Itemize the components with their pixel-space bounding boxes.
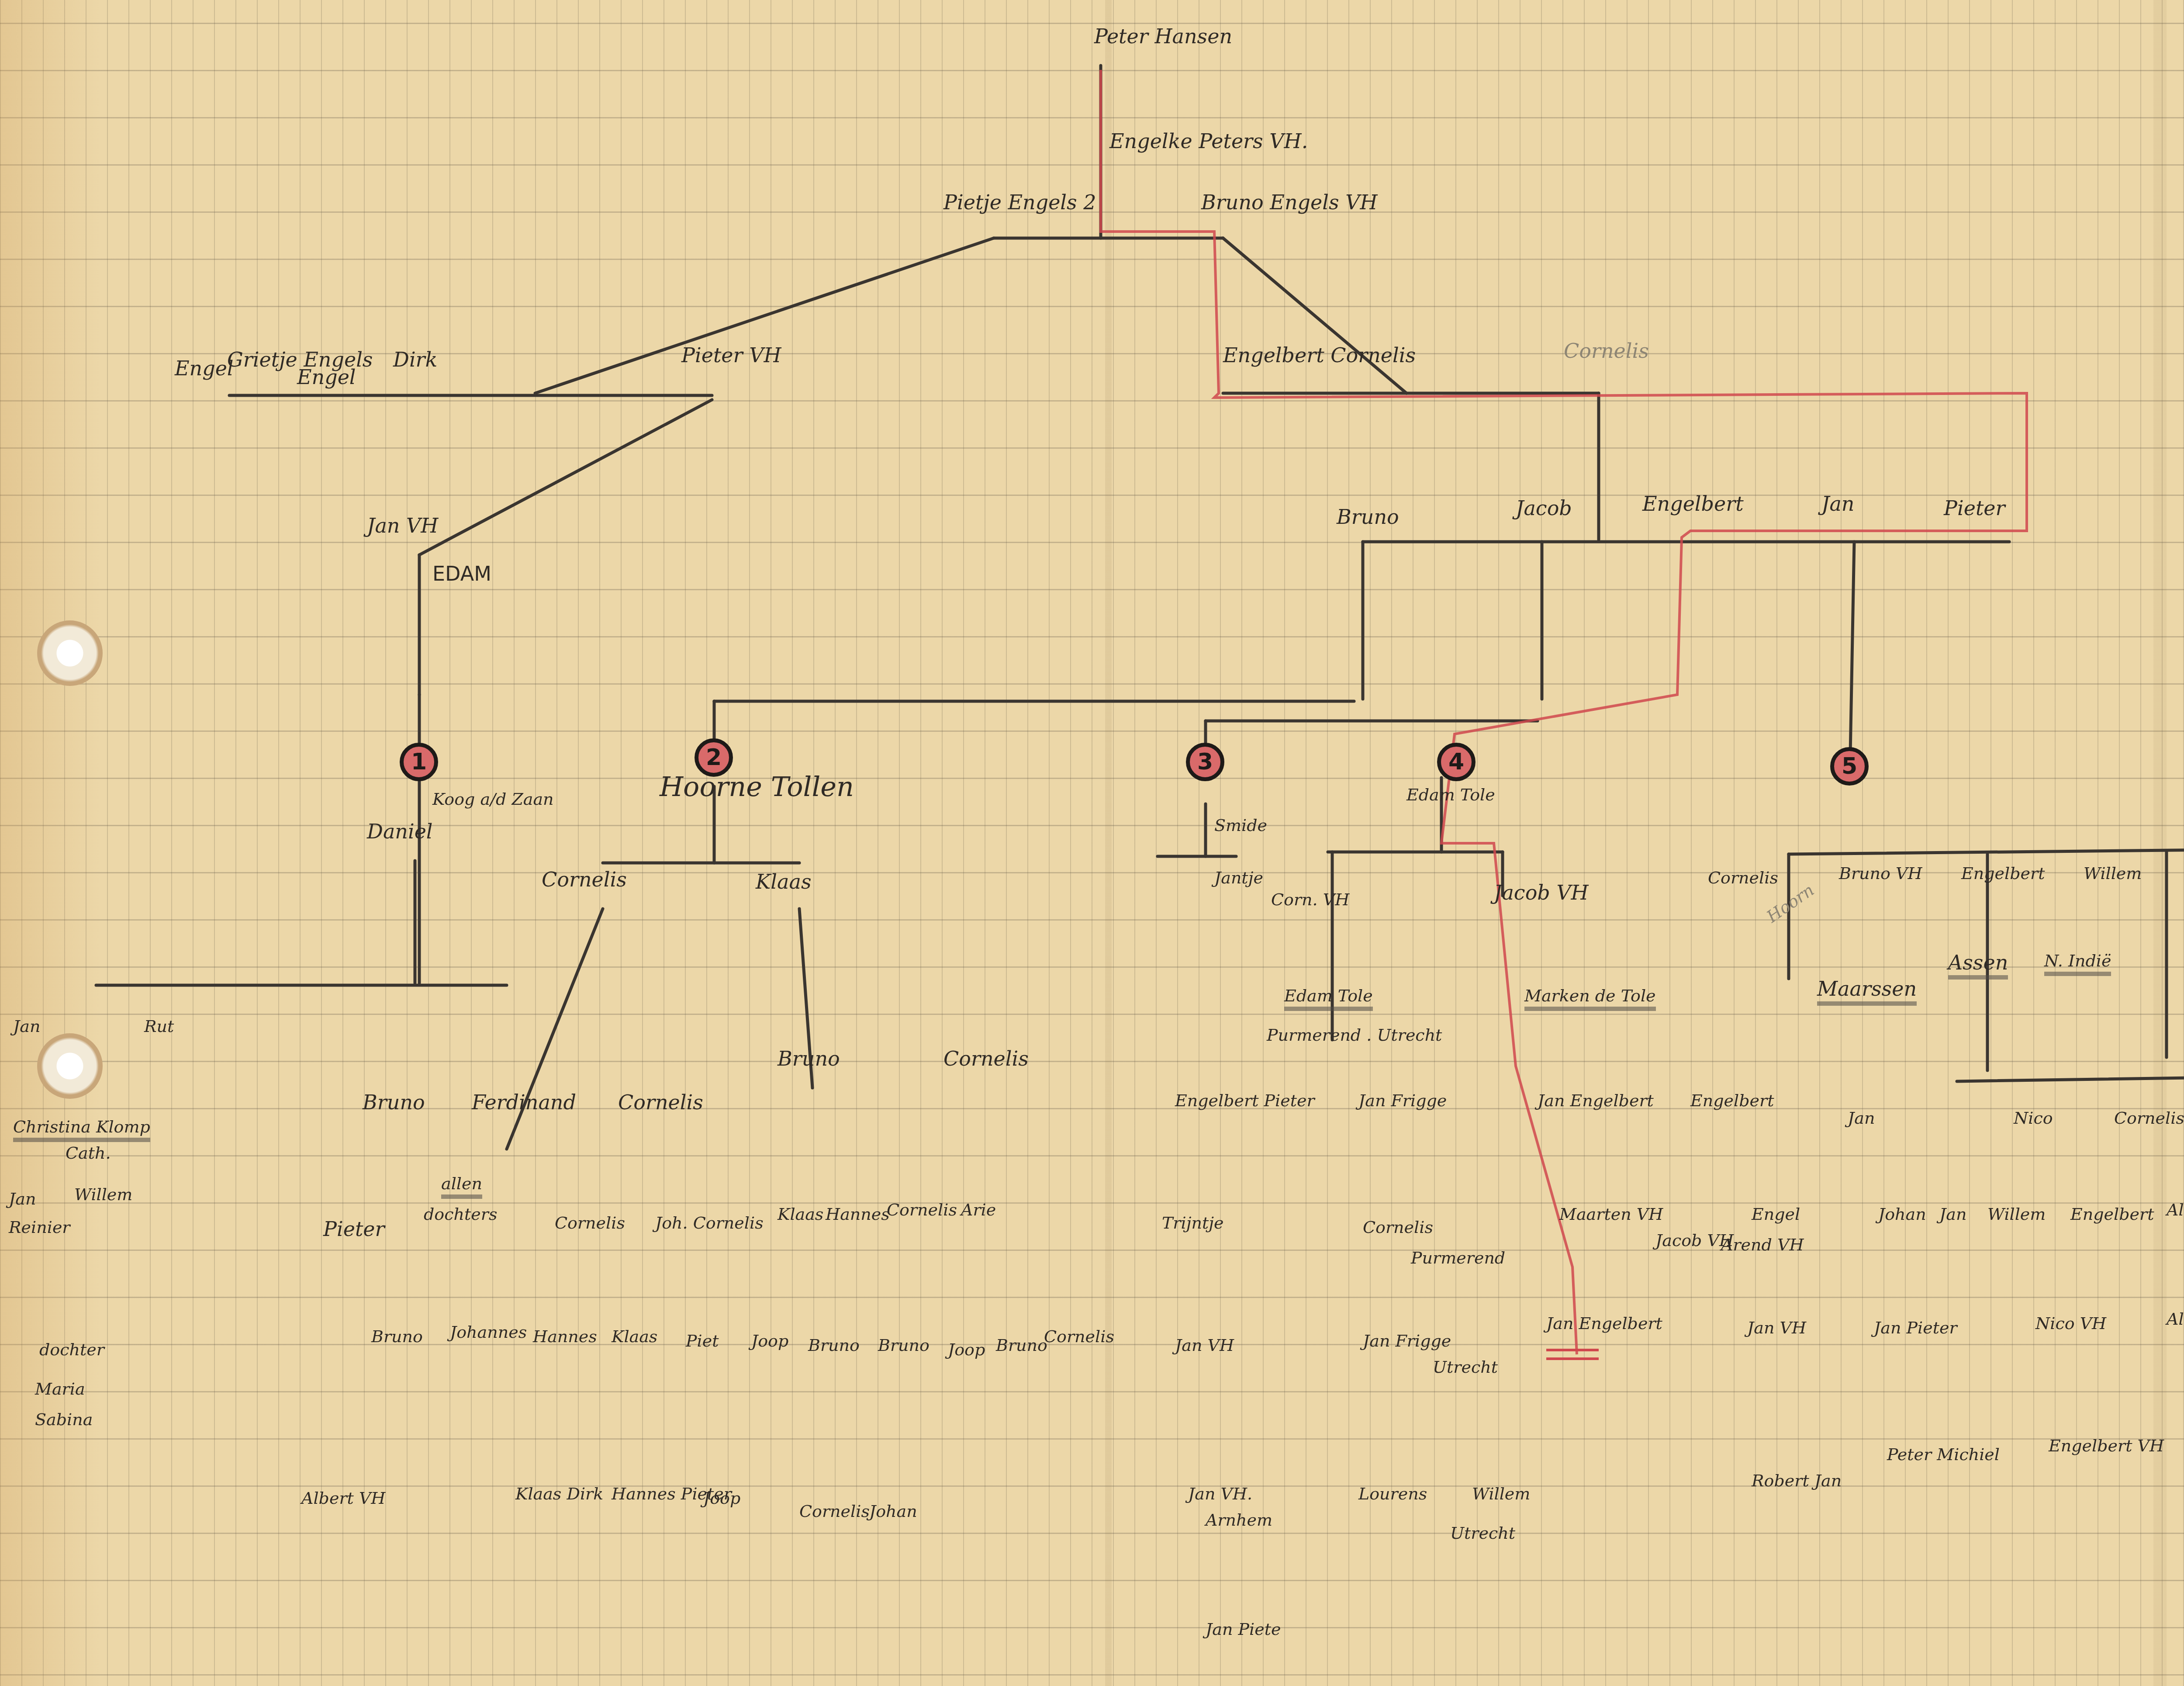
branch5-child-jan: Jan — [1848, 1110, 1875, 1126]
branch4-engelbert-pieter: Engelbert Pieter — [1175, 1092, 1315, 1109]
branch5-child-nico: Nico — [2014, 1110, 2053, 1126]
branch2-joh-cornelis: Joh. Cornelis — [655, 1215, 764, 1231]
branch4-jan-engelbert: Jan Engelbert — [1538, 1092, 1654, 1109]
branch-marker-4: 4 — [1437, 743, 1476, 781]
branch5-cornelis: Cornelis — [1708, 869, 1778, 886]
grand-row-9: Bruno — [996, 1337, 1047, 1354]
branch2-arie: Arie — [961, 1201, 996, 1218]
ancestor-engel-2: Engel — [297, 367, 356, 387]
grand-row-8: Joop — [948, 1341, 985, 1358]
branch4-purmerend: Purmerend — [1411, 1250, 1505, 1266]
gen4-jan: Jan — [1821, 494, 1855, 514]
branch5-albert: Albert — [2167, 1201, 2184, 1218]
branch1-gen2-willem: Willem — [74, 1186, 132, 1203]
ancestor-gen2-left: Pietje Engels 2 — [943, 192, 1096, 212]
branch2-hoorne-tollen: Hoorne Tollen — [660, 773, 854, 800]
branch3-smide: Smide — [1214, 817, 1267, 834]
ancestor-cornelis: Cornelis — [1564, 341, 1649, 361]
branch1-gen2-jan: Jan — [9, 1191, 36, 1207]
branch4-jan-frigge-2: Jan Frigge — [1363, 1333, 1451, 1349]
great-grand-0: Albert VH — [301, 1490, 386, 1506]
branch1-spouse-sub: Cath. — [66, 1145, 111, 1161]
great-grand-1: Klaas Dirk — [515, 1485, 603, 1502]
jan-vh: Jan VH — [367, 516, 438, 536]
branch2-hannes: Hannes — [826, 1206, 890, 1222]
ancestor-engel: Engel — [175, 358, 234, 378]
branch1-maria: Maria — [35, 1381, 85, 1397]
branch5-assen: Assen — [1948, 952, 2008, 980]
branch2-pieter: Pieter — [323, 1219, 385, 1239]
grand-row-4: Piet — [686, 1333, 719, 1349]
branch2-cornelis-2: Cornelis — [618, 1092, 703, 1112]
branch-marker-1: 1 — [400, 743, 438, 781]
gen4-engelbert: Engelbert — [1642, 494, 1744, 514]
branch2-cornelis-3: Cornelis — [887, 1201, 957, 1218]
branch4-maarten-vh: Maarten VH — [1559, 1206, 1663, 1222]
branch4-willem: Willem — [1472, 1485, 1530, 1502]
branch5-engel: Engel — [1752, 1206, 1800, 1222]
branch1-sabina: Sabina — [35, 1411, 93, 1428]
branch4-jan-frigge: Jan Frigge — [1358, 1092, 1447, 1109]
grand-row-6: Bruno — [808, 1337, 860, 1354]
gen4-jacob: Jacob — [1516, 498, 1572, 518]
branch4-engelbert: Engelbert — [1690, 1092, 1774, 1109]
ancestor-gen2-right: Bruno Engels VH — [1201, 192, 1378, 212]
grand-row-10: Cornelis — [1044, 1328, 1114, 1345]
branch5-robert-jan: Robert Jan — [1752, 1472, 1842, 1489]
ancestor-pieter-vh: Pieter VH — [681, 345, 781, 365]
branch2-klaas-2: Klaas — [778, 1206, 823, 1222]
branch4-marken: Marken de Tole — [1524, 987, 1656, 1011]
great-grand-5: Johan — [869, 1503, 917, 1520]
branch2-cornelis: Cornelis — [542, 869, 627, 890]
branch4-edam-note: Purmerend . Utrecht — [1267, 1027, 1442, 1043]
branch1-rut: Rut — [144, 1018, 174, 1035]
branch5-engelbert-2: Engelbert — [2070, 1206, 2154, 1222]
branch4-trijntje: Trijntje — [1162, 1215, 1223, 1231]
branch5-willem: Willem — [2084, 865, 2142, 882]
branch2-dochters: dochters — [424, 1206, 497, 1222]
grand-row-2: Hannes — [533, 1328, 597, 1345]
grand-row-7: Bruno — [878, 1337, 930, 1354]
gen4-bruno: Bruno — [1337, 507, 1399, 527]
branch4-willem-utrecht: Utrecht — [1450, 1525, 1515, 1541]
gen4-pieter: Pieter — [1944, 498, 2005, 518]
branch2-cornelis-sub: Cornelis — [555, 1215, 625, 1231]
branch1-reinier: Reinier — [9, 1219, 70, 1236]
ancestor-root: Peter Hansen — [1094, 26, 1232, 46]
branch4-lourens: Lourens — [1358, 1485, 1427, 1502]
branch3-jantje: Jantje — [1214, 869, 1263, 886]
grand-row-0: Bruno — [371, 1328, 423, 1345]
branch1-daniel: Daniel — [367, 821, 433, 841]
great-grand-4: Cornelis — [799, 1503, 870, 1520]
ancestor-engelbert-cornelis: Engelbert Cornelis — [1223, 345, 1416, 365]
branch5-maarssen: Maarssen — [1817, 979, 1917, 1006]
branch1-dochter: dochter — [39, 1341, 104, 1358]
branch4-jacob-vh: Jacob VH — [1494, 883, 1589, 903]
branch5-n-indie: N. Indië — [2044, 952, 2111, 976]
branch4-utrecht: Utrecht — [1433, 1359, 1498, 1375]
branch4-jan-piete: Jan Piete — [1206, 1621, 1281, 1638]
branch4-arend-vh: Arend VH — [1721, 1236, 1804, 1253]
branch2-klaas: Klaas — [756, 872, 812, 892]
tree-connector-lines — [0, 0, 2184, 1686]
branch5-peter-michiel: Peter Michiel — [1887, 1446, 2000, 1463]
branch4-cornelis: Cornelis — [1363, 1219, 1433, 1236]
branch1-spouse: Christina Klomp — [13, 1118, 150, 1142]
branch2-allen: allen — [441, 1175, 482, 1199]
branch-marker-3: 3 — [1186, 743, 1224, 781]
branch5-jan-2: Jan — [1939, 1206, 1966, 1222]
branch5-row-0: Jan VH — [1747, 1319, 1806, 1336]
branch4-jan-vh: Jan VH — [1175, 1337, 1234, 1354]
grand-row-3: Klaas — [612, 1328, 657, 1345]
branch4-corn-vh: Corn. VH — [1271, 891, 1349, 908]
ancestor-dirk: Dirk — [393, 350, 437, 370]
great-grand-3: Joop — [703, 1490, 740, 1506]
branch2-cornelis-klaas: Cornelis — [943, 1049, 1029, 1069]
branch4-edam-tole-2: Edam Tole — [1284, 987, 1373, 1011]
branch2-bruno-klaas: Bruno — [778, 1049, 840, 1069]
grand-row-5: Joop — [751, 1333, 788, 1349]
grand-row-1: Johannes — [450, 1324, 527, 1340]
branch1-jan: Jan — [13, 1018, 40, 1035]
ancestor-gen1: Engelke Peters VH. — [1109, 131, 1308, 151]
branch1-note: Koog a/d Zaan — [432, 791, 554, 807]
branch5-willem-2: Willem — [1987, 1206, 2046, 1222]
branch5-johan: Johan — [1878, 1206, 1926, 1222]
branch5-bruno-vh: Bruno VH — [1839, 865, 1922, 882]
branch2-bruno: Bruno — [363, 1092, 425, 1112]
branch5-row-3: Albert — [2167, 1311, 2184, 1327]
branch5-row-2: Nico VH — [2035, 1315, 2106, 1332]
place-edam: EDAM — [432, 564, 491, 584]
branch4-edam-tole: Edam Tole — [1406, 786, 1495, 803]
branch4-jan-engelbert-2: Jan Engelbert — [1546, 1315, 1662, 1332]
branch5-engelbert-vh: Engelbert VH — [2049, 1437, 2164, 1454]
branch-marker-5: 5 — [1830, 747, 1869, 786]
branch4-jan-vh-2: Jan VH. — [1188, 1485, 1252, 1502]
branch2-ferdinand: Ferdinand — [472, 1092, 576, 1112]
branch4-arnhem: Arnhem — [1206, 1512, 1272, 1528]
branch5-child-cornelis: Cornelis — [2114, 1110, 2184, 1126]
branch5-engelbert: Engelbert — [1961, 865, 2045, 882]
branch5-row-1: Jan Pieter — [1874, 1319, 1957, 1336]
